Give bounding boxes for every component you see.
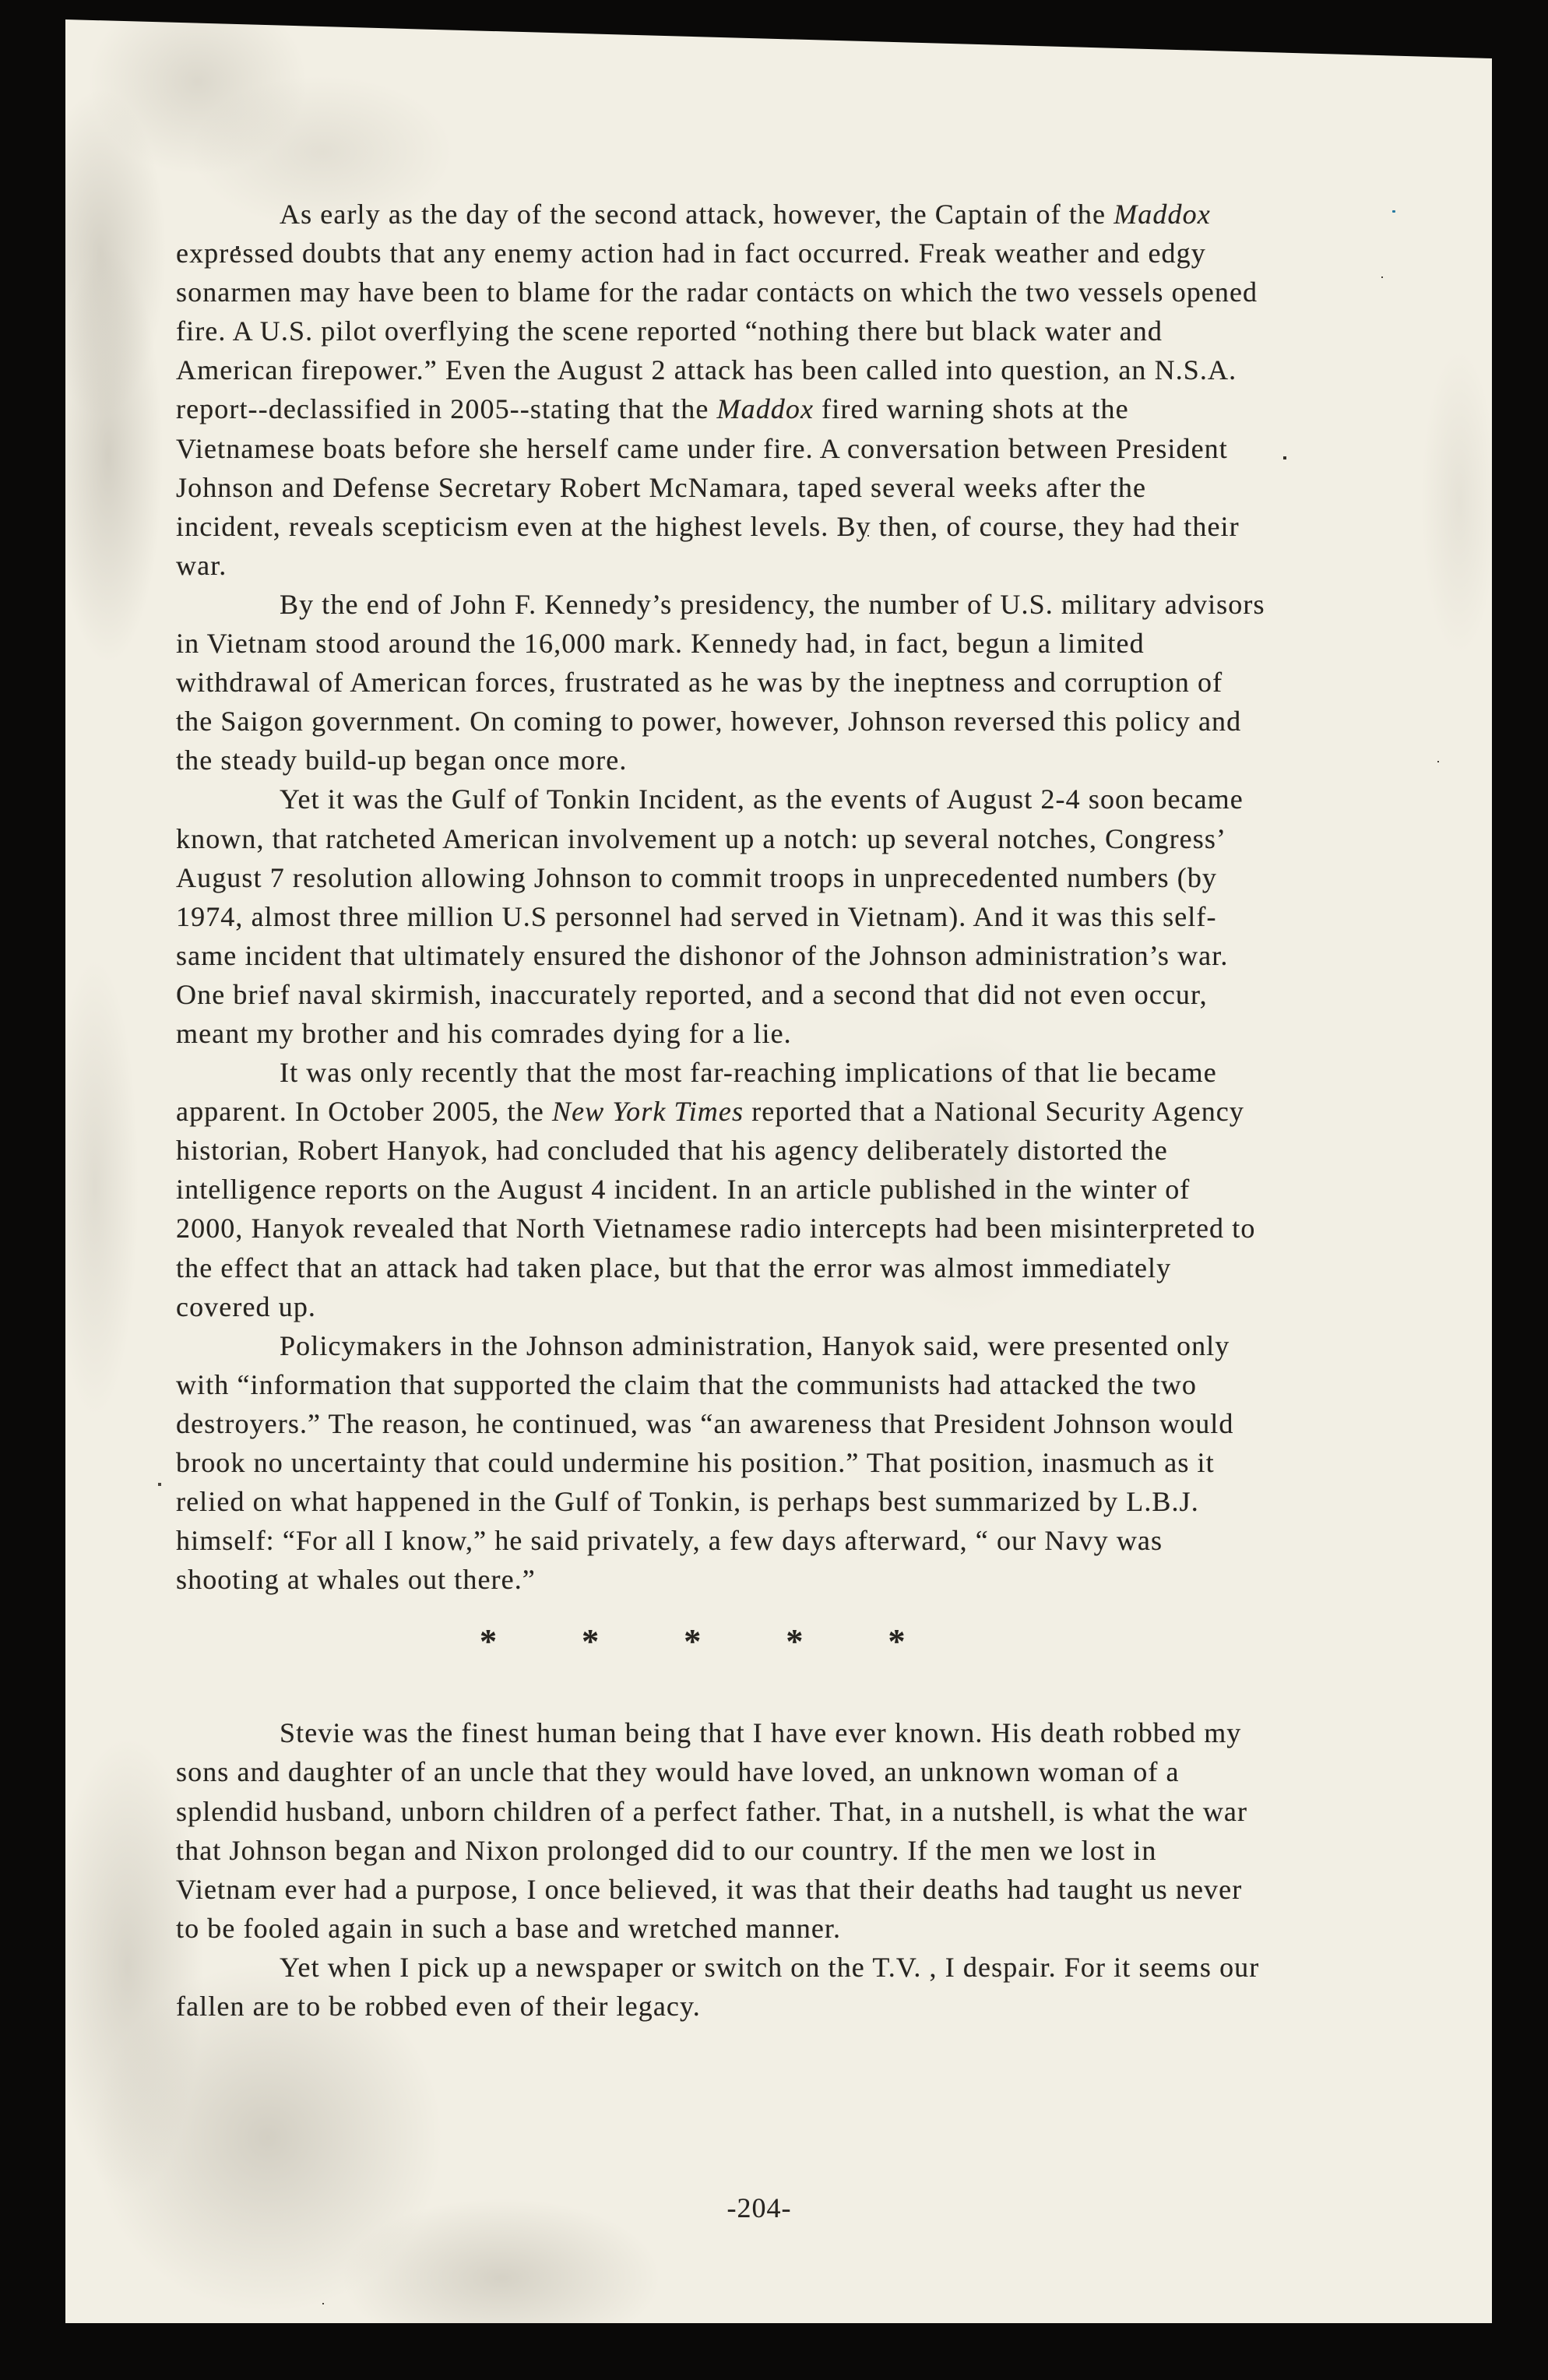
text-line: American firepower.” Even the August 2 a…	[176, 350, 1437, 389]
text-line: the steady build-up began once more.	[176, 741, 1437, 780]
asterisk: *	[786, 1622, 804, 1661]
text-line: that Johnson began and Nixon prolonged d…	[176, 1831, 1437, 1870]
text-line: in Vietnam stood around the 16,000 mark.…	[176, 624, 1437, 663]
text-line: withdrawal of American forces, frustrate…	[176, 663, 1437, 702]
text-line: 1974, almost three million U.S personnel…	[176, 897, 1437, 936]
text-line: It was only recently that the most far-r…	[176, 1053, 1437, 1092]
scan-artifact-speck	[1392, 210, 1395, 213]
text-line: shooting at whales out there.”	[176, 1560, 1437, 1599]
text-line: known, that ratcheted American involveme…	[176, 819, 1437, 858]
text-line: sonarmen may have been to blame for the …	[176, 273, 1437, 312]
text-line: with “information that supported the cla…	[176, 1365, 1437, 1404]
ink-specks	[65, 19, 67, 21]
text-line: fire. A U.S. pilot overflying the scene …	[176, 312, 1437, 350]
text-line: Policymakers in the Johnson administrati…	[176, 1326, 1437, 1365]
text-line: himself: “For all I know,” he said priva…	[176, 1521, 1437, 1560]
asterisk: *	[888, 1622, 906, 1661]
page-text: As early as the day of the second attack…	[176, 195, 1437, 2026]
text-line: the effect that an attack had taken plac…	[176, 1248, 1437, 1287]
section-separator: *****	[176, 1622, 1437, 1661]
text-line: 2000, Hanyok revealed that North Vietnam…	[176, 1209, 1437, 1248]
text-line: to be fooled again in such a base and wr…	[176, 1909, 1437, 1948]
text-line: the Saigon government. On coming to powe…	[176, 702, 1437, 741]
text-line: intelligence reports on the August 4 inc…	[176, 1170, 1437, 1209]
text-line: splendid husband, unborn children of a p…	[176, 1792, 1437, 1831]
text-line: covered up.	[176, 1287, 1437, 1326]
text-line: meant my brother and his comrades dying …	[176, 1014, 1437, 1053]
text-line: August 7 resolution allowing Johnson to …	[176, 858, 1437, 897]
text-line: Johnson and Defense Secretary Robert McN…	[176, 468, 1437, 507]
asterisk: *	[684, 1622, 702, 1661]
text-line: brook no uncertainty that could undermin…	[176, 1443, 1437, 1482]
text-line: sons and daughter of an uncle that they …	[176, 1752, 1437, 1791]
asterisk: *	[480, 1622, 498, 1661]
text-line: Yet it was the Gulf of Tonkin Incident, …	[176, 780, 1437, 819]
text-line: Vietnamese boats before she herself came…	[176, 429, 1437, 468]
text-line: historian, Robert Hanyok, had concluded …	[176, 1131, 1437, 1170]
paper: As early as the day of the second attack…	[65, 19, 1492, 2323]
text-line: Stevie was the finest human being that I…	[176, 1713, 1437, 1752]
text-line: report--declassified in 2005--stating th…	[176, 389, 1437, 428]
text-line: fallen are to be robbed even of their le…	[176, 1987, 1437, 2026]
text-line: war.	[176, 546, 1437, 585]
text-line: expressed doubts that any enemy action h…	[176, 234, 1437, 273]
text-line: apparent. In October 2005, the New York …	[176, 1092, 1437, 1131]
text-line: relied on what happened in the Gulf of T…	[176, 1482, 1437, 1521]
text-line: same incident that ultimately ensured th…	[176, 936, 1437, 975]
text-line: As early as the day of the second attack…	[176, 195, 1437, 234]
text-line: incident, reveals scepticism even at the…	[176, 507, 1437, 546]
text-line: Yet when I pick up a newspaper or switch…	[176, 1948, 1437, 1987]
text-line: One brief naval skirmish, inaccurately r…	[176, 975, 1437, 1014]
text-line: By the end of John F. Kennedy’s presiden…	[176, 585, 1437, 624]
asterisk: *	[582, 1622, 600, 1661]
page-number: -204-	[65, 2192, 1453, 2224]
text-line: Vietnam ever had a purpose, I once belie…	[176, 1870, 1437, 1909]
text-line: destroyers.” The reason, he continued, w…	[176, 1404, 1437, 1443]
